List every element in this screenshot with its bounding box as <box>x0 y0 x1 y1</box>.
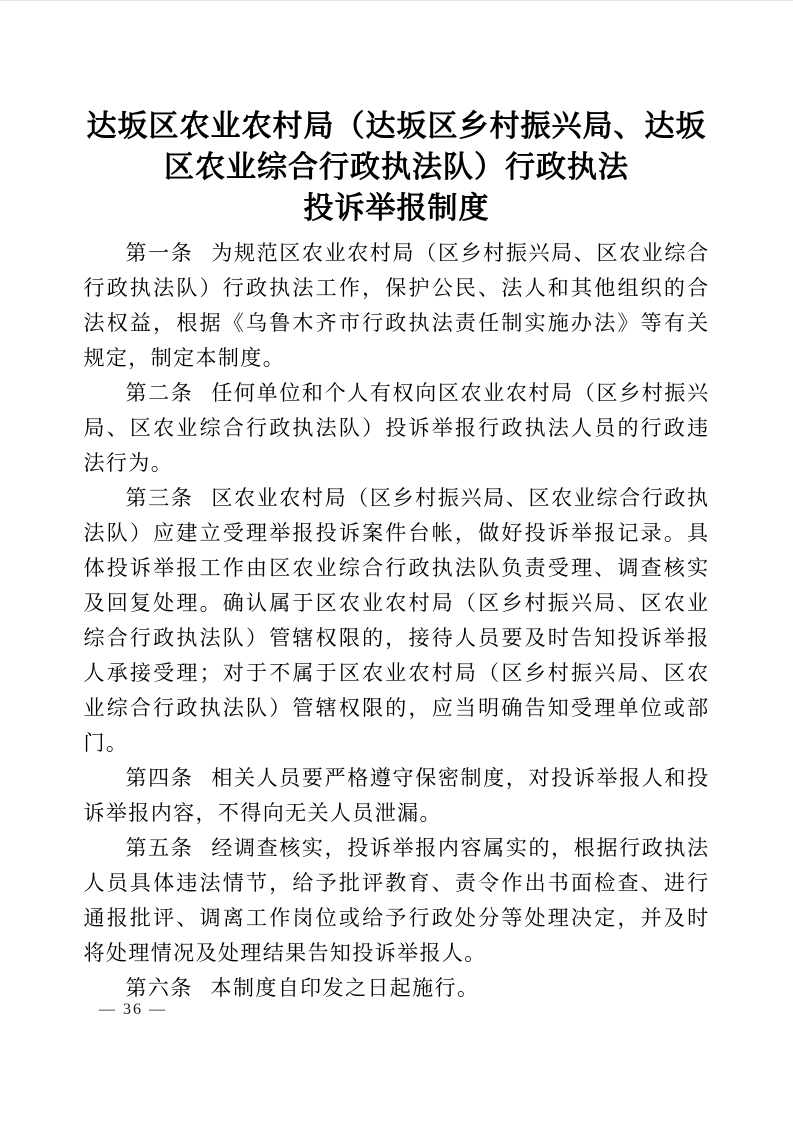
page-title-line-3: 投诉举报制度 <box>77 188 717 229</box>
article-6-text: 本制度自印发之日起施行。 <box>211 976 480 1000</box>
article-2-label: 第二条 <box>126 381 194 405</box>
document-body: 第一条为规范区农业农村局（区乡村振兴局、区农业综合行政执法队）行政执法工作，保护… <box>84 236 710 1006</box>
article-2: 第二条任何单位和个人有权向区农业农村局（区乡村振兴局、区农业综合行政执法队）投诉… <box>84 376 710 481</box>
page-title-line-2: 区农业综合行政执法队）行政执法 <box>77 147 717 188</box>
article-4: 第四条相关人员要严格遵守保密制度，对投诉举报人和投诉举报内容，不得向无关人员泄漏… <box>84 761 710 831</box>
article-3-label: 第三条 <box>126 486 194 510</box>
page-number: — 36 — <box>99 1001 167 1019</box>
page-title: 达坂区农业农村局（达坂区乡村振兴局、达坂 区农业综合行政执法队）行政执法 投诉举… <box>77 1 717 229</box>
article-3-text: 区农业农村局（区乡村振兴局、区农业综合行政执法队）应建立受理举报投诉案件台帐，做… <box>84 486 710 755</box>
document-page: 达坂区农业农村局（达坂区乡村振兴局、达坂 区农业综合行政执法队）行政执法 投诉举… <box>0 0 793 1122</box>
article-5-label: 第五条 <box>126 836 194 860</box>
article-5: 第五条经调查核实，投诉举报内容属实的，根据行政执法人员具体违法情节，给予批评教育… <box>84 831 710 971</box>
article-1-label: 第一条 <box>126 241 194 265</box>
page-title-line-1: 达坂区农业农村局（达坂区乡村振兴局、达坂 <box>77 106 717 147</box>
article-1: 第一条为规范区农业农村局（区乡村振兴局、区农业综合行政执法队）行政执法工作，保护… <box>84 236 710 376</box>
article-6: 第六条本制度自印发之日起施行。 <box>84 971 710 1006</box>
article-4-label: 第四条 <box>126 766 194 790</box>
article-6-label: 第六条 <box>126 976 193 1000</box>
article-3: 第三条区农业农村局（区乡村振兴局、区农业综合行政执法队）应建立受理举报投诉案件台… <box>84 481 710 761</box>
